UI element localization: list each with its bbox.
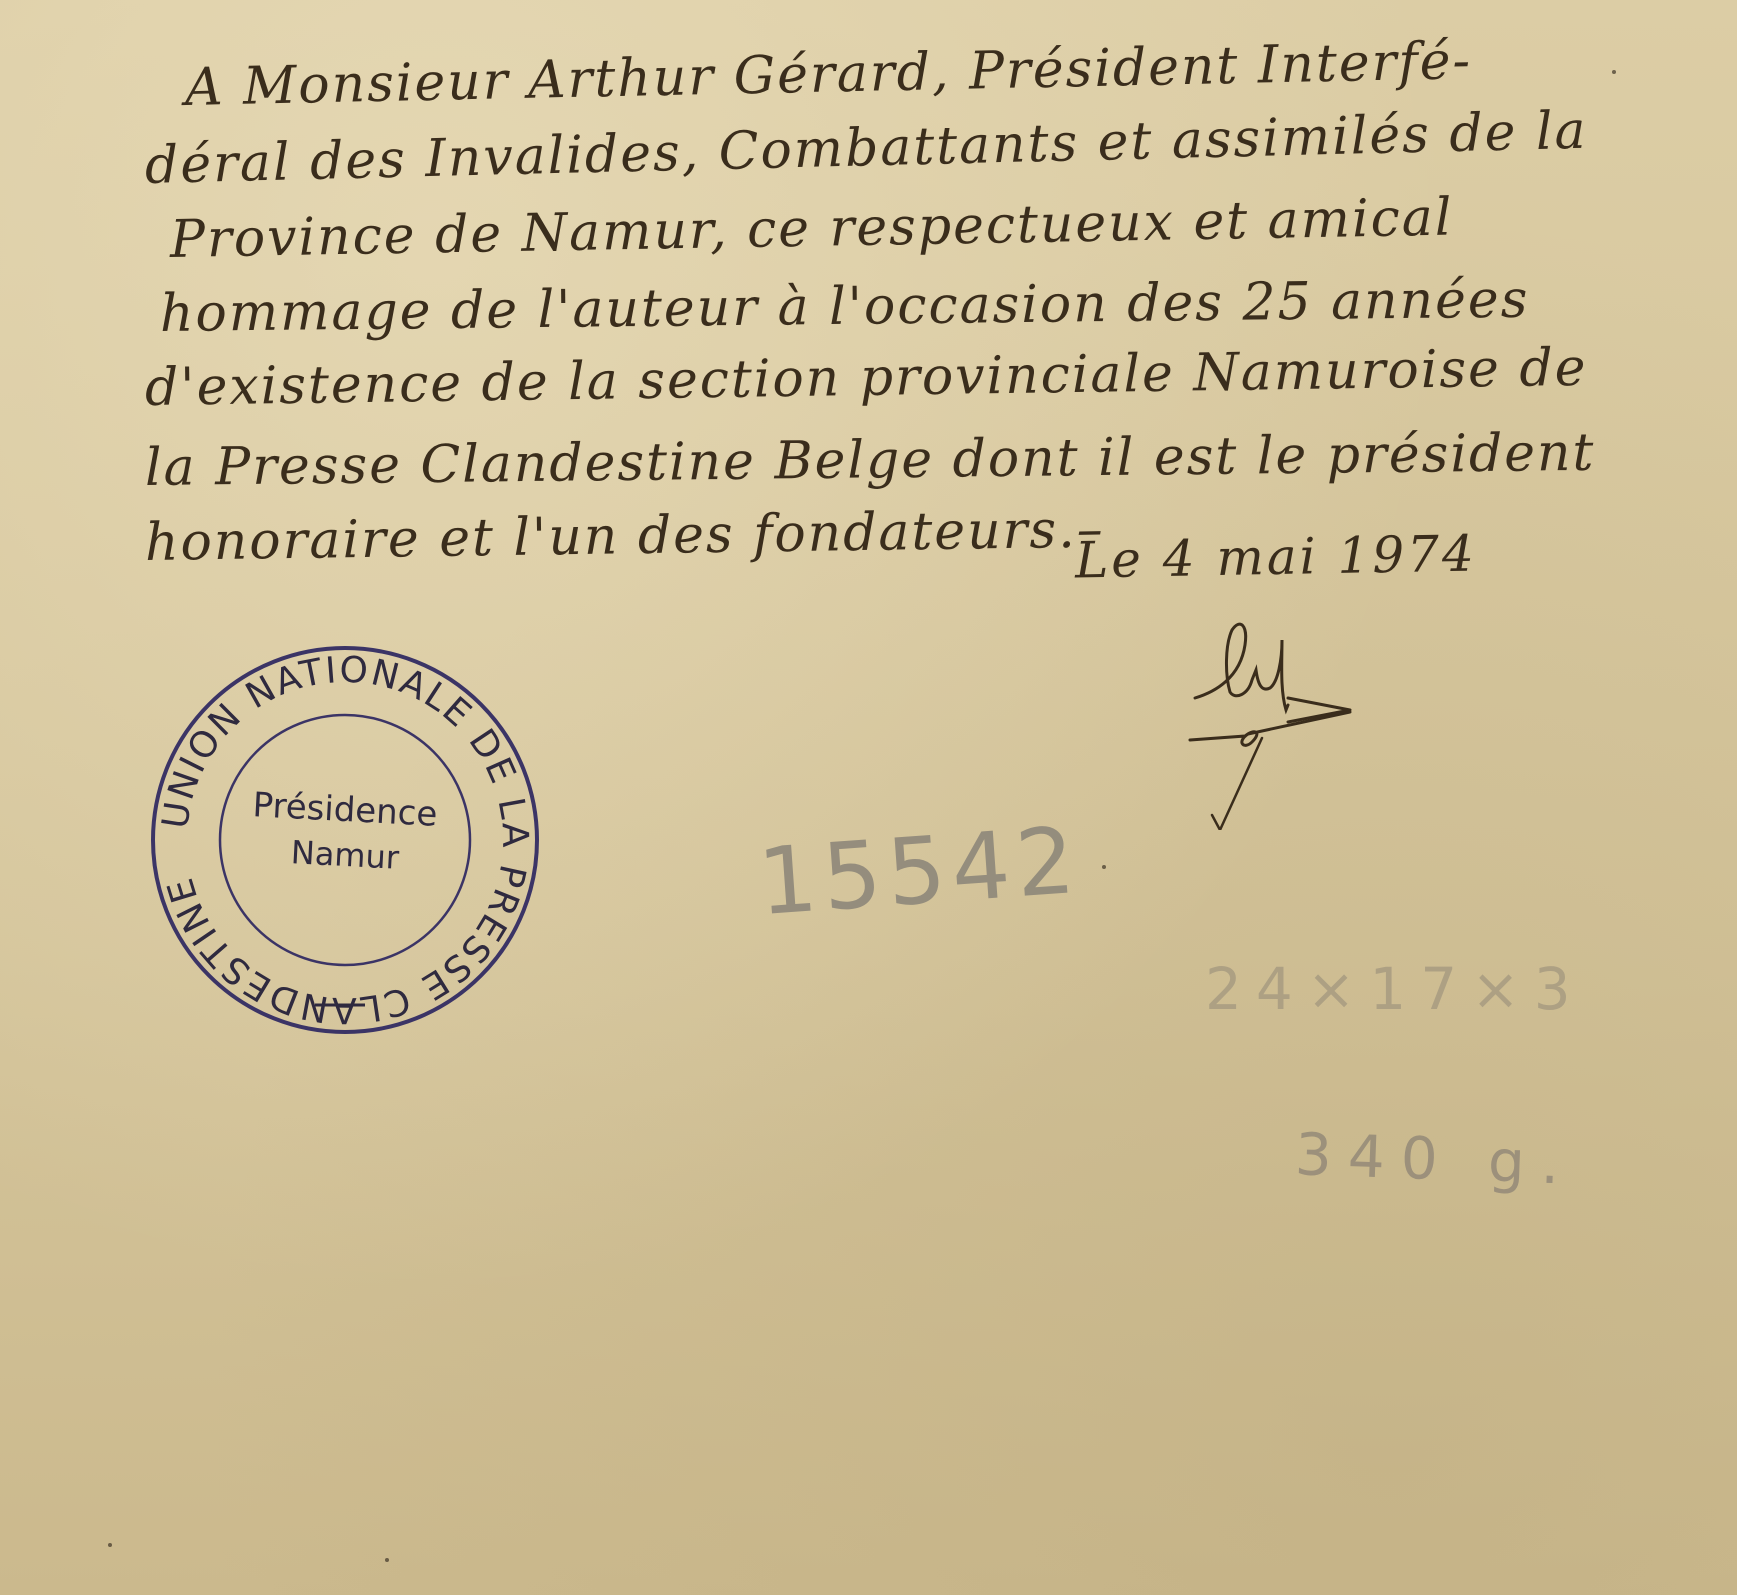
- inscription-line-7: honoraire et l'un des fondateurs.–: [145, 500, 1105, 573]
- inscription-line-5: d'existence de la section provinciale Na…: [145, 338, 1588, 418]
- pencil-weight: 340 g.: [1294, 1120, 1577, 1198]
- pencil-inventory-number: 15542: [755, 807, 1084, 936]
- inscription-line-2: déral des Invalides, Combattants et assi…: [144, 101, 1588, 196]
- paper-speck: [1102, 865, 1106, 869]
- paper-speck: [385, 1558, 389, 1562]
- inscription-line-4: hommage de l'auteur à l'occasion des 25 …: [160, 270, 1530, 344]
- document-page: A Monsieur Arthur Gérard, Président Inte…: [0, 0, 1737, 1595]
- signature-scribble-icon: [1170, 600, 1370, 830]
- pencil-dimensions: 24×17×3: [1205, 955, 1585, 1023]
- inscription-date: Le 4 mai 1974: [1075, 524, 1478, 589]
- author-signature: [1170, 600, 1370, 830]
- organization-stamp: UNION NATIONALE DE LA PRESSE CLANDESTINE…: [145, 640, 545, 1040]
- paper-speck: [1612, 70, 1616, 74]
- inscription-line-3: Province de Namur, ce respectueux et ami…: [169, 188, 1453, 270]
- paper-speck: [108, 1543, 112, 1547]
- inscription-line-1: A Monsieur Arthur Gérard, Président Inte…: [184, 31, 1472, 118]
- inscription-line-6: la Presse Clandestine Belge dont il est …: [145, 423, 1596, 498]
